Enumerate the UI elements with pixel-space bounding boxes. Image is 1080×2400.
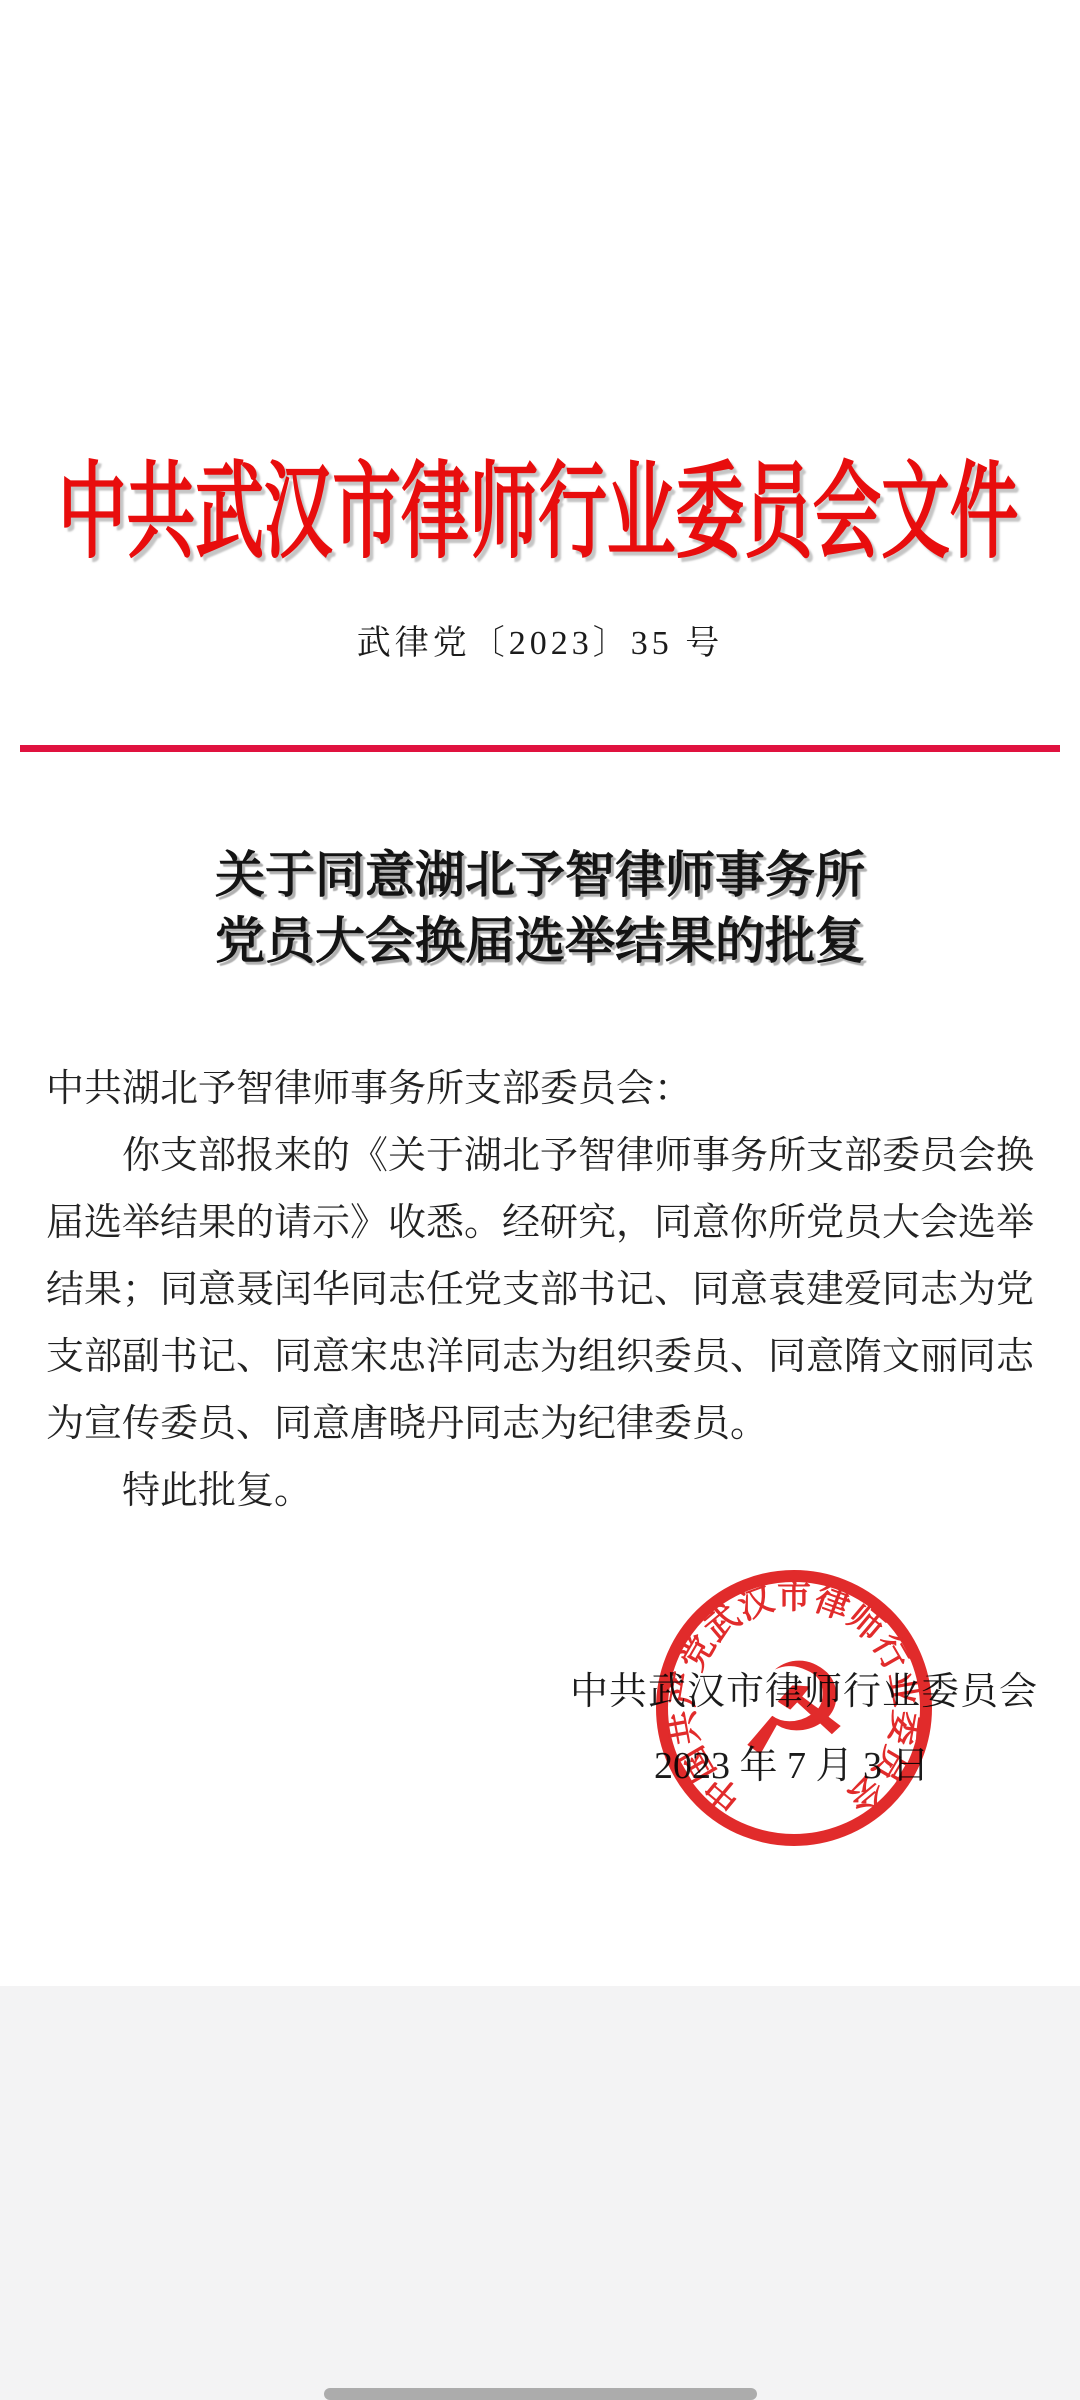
body-line: 你支部报来的《关于湖北予智律师事务所支部委员会换	[46, 1123, 1034, 1190]
body-line: 届选举结果的请示》收悉。经研究，同意你所党员大会选举	[46, 1190, 1034, 1257]
official-red-seal: 中国共产党武汉市律师行业委员会 ☭	[648, 1562, 940, 1854]
home-indicator-bar[interactable]	[324, 2388, 757, 2400]
body-line: 支部副书记、同意宋忠洋同志为组织委员、同意隋文丽同志	[46, 1324, 1034, 1391]
document-title: 关于同意湖北予智律师事务所 党员大会换届选举结果的批复	[0, 842, 1080, 974]
document-title-line1: 关于同意湖北予智律师事务所	[0, 842, 1080, 908]
document-title-line2: 党员大会换届选举结果的批复	[0, 908, 1080, 974]
document-number: 武律党〔2023〕35 号	[0, 615, 1080, 664]
body-line: 结果；同意聂闰华同志任党支部书记、同意袁建爱同志为党	[46, 1257, 1034, 1324]
body-line: 为宣传委员、同意唐晓丹同志为纪律委员。	[46, 1391, 1034, 1458]
red-divider-line	[20, 745, 1060, 752]
salutation-line: 中共湖北予智律师事务所支部委员会：	[46, 1056, 1034, 1123]
app-background-area	[0, 1986, 1080, 2400]
document-page: 中共武汉市律师行业委员会文件 武律党〔2023〕35 号 关于同意湖北予智律师事…	[0, 0, 1080, 1986]
hammer-sickle-icon: ☭	[737, 1636, 852, 1785]
document-body: 中共湖北予智律师事务所支部委员会： 你支部报来的《关于湖北予智律师事务所支部委员…	[46, 1056, 1034, 1525]
closing-line: 特此批复。	[46, 1458, 1034, 1525]
red-header-title: 中共武汉市律师行业委员会文件	[58, 428, 1018, 579]
